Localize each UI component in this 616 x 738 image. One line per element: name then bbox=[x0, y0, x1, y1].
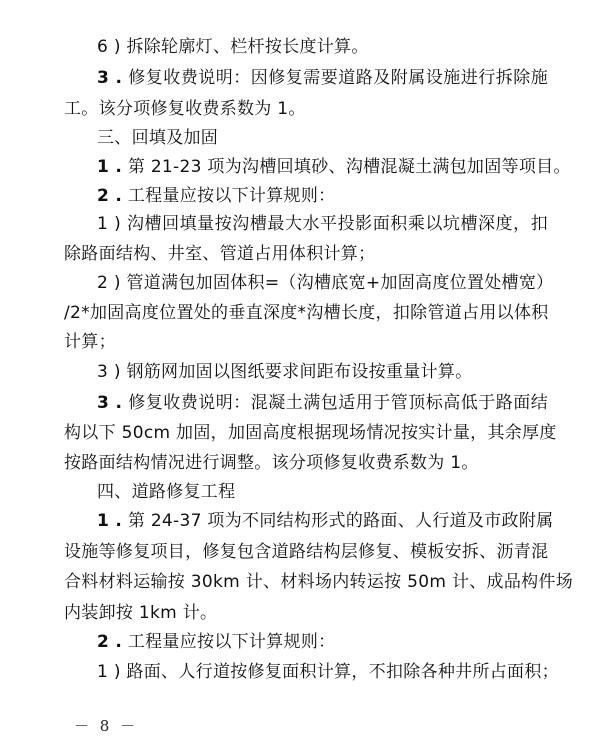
line-text: 内装卸按 1km 计。 bbox=[64, 603, 217, 623]
line-text: 1 ) 路面、人行道按修复面积计算，不扣除各种井所占面积； bbox=[97, 662, 559, 682]
paragraph-line: 设施等修复项目，修复包含道路结构层修复、模板安拆、沥青混 bbox=[64, 540, 548, 564]
line-text: 四、道路修复工程 bbox=[97, 482, 235, 502]
paragraph-line: 2 . 工程量应按以下计算规则： bbox=[97, 630, 548, 654]
line-text: 三、回填及加固 bbox=[97, 128, 218, 148]
paragraph-line: 构以下 50cm 加固，加固高度根据现场情况按实计量，其余厚度 bbox=[64, 421, 548, 445]
section-heading: 四、道路修复工程 bbox=[97, 480, 548, 504]
line-text: 工。该分项修复收费系数为 1。 bbox=[64, 99, 306, 119]
paragraph-line: 合料材料运输按 30km 计、材料场内转运按 50m 计、成品构件场 bbox=[64, 570, 548, 594]
paragraph-line: 按路面结构情况进行调整。该分项修复收费系数为 1。 bbox=[64, 451, 548, 475]
line-text: 工程量应按以下计算规则： bbox=[122, 632, 335, 652]
document-page: 6 ) 拆除轮廓灯、栏杆按长度计算。 3 . 修复收费说明：因修复需要道路及附属… bbox=[0, 0, 616, 738]
line-text: /2*加固高度位置处的垂直深度*沟槽长度，扣除管道占用以体积 bbox=[64, 303, 549, 323]
line-text: 除路面结构、井室、管道占用体积计算； bbox=[64, 244, 375, 264]
page-number: － 8 － bbox=[74, 716, 138, 736]
line-text: 工程量应按以下计算规则： bbox=[122, 186, 335, 206]
paragraph-line: 2 ) 管道满包加固体积=（沟槽底宽+加固高度位置处槽宽） bbox=[97, 271, 548, 295]
line-text: 第 21-23 项为沟槽回填砂、沟槽混凝土满包加固等项目。 bbox=[122, 157, 571, 177]
paragraph-line: 3 ) 钢筋网加固以图纸要求间距布设按重量计算。 bbox=[97, 360, 548, 384]
paragraph-line: 3 . 修复收费说明：混凝土满包适用于管顶标高低于路面结 bbox=[97, 391, 548, 415]
paragraph-line: 除路面结构、井室、管道占用体积计算； bbox=[64, 242, 548, 266]
paragraph-line: 6 ) 拆除轮廓灯、栏杆按长度计算。 bbox=[97, 35, 548, 59]
paragraph-line: 1 . 第 24-37 项为不同结构形式的路面、人行道及市政附属 bbox=[97, 509, 548, 533]
paragraph-line: 计算； bbox=[64, 330, 548, 354]
line-text: 第 24-37 项为不同结构形式的路面、人行道及市政附属 bbox=[122, 511, 553, 531]
paragraph-line: 3 . 修复收费说明：因修复需要道路及附属设施进行拆除施 bbox=[97, 66, 548, 90]
line-text: 计算； bbox=[64, 332, 116, 352]
paragraph-line: 内装卸按 1km 计。 bbox=[64, 601, 548, 625]
line-lead: 3 . bbox=[97, 393, 122, 413]
line-lead: 2 . bbox=[97, 632, 122, 652]
line-lead: 2 . bbox=[97, 186, 122, 206]
line-lead: 1 . bbox=[97, 511, 122, 531]
line-text: 3 ) 钢筋网加固以图纸要求间距布设按重量计算。 bbox=[97, 362, 472, 382]
line-lead: 3 . bbox=[97, 68, 122, 88]
line-text: 按路面结构情况进行调整。该分项修复收费系数为 1。 bbox=[64, 453, 479, 473]
paragraph-line: 工。该分项修复收费系数为 1。 bbox=[64, 97, 548, 121]
line-text: 修复收费说明：混凝土满包适用于管顶标高低于路面结 bbox=[122, 393, 548, 413]
line-lead: 1 . bbox=[97, 157, 122, 177]
paragraph-line: 2 . 工程量应按以下计算规则： bbox=[97, 184, 548, 208]
line-text: 设施等修复项目，修复包含道路结构层修复、模板安拆、沥青混 bbox=[64, 542, 548, 562]
line-text: 修复收费说明：因修复需要道路及附属设施进行拆除施 bbox=[122, 68, 548, 88]
line-text: 构以下 50cm 加固，加固高度根据现场情况按实计量，其余厚度 bbox=[64, 423, 557, 443]
paragraph-line: 1 ) 沟槽回填量按沟槽最大水平投影面积乘以坑槽深度，扣 bbox=[97, 212, 548, 236]
paragraph-line: /2*加固高度位置处的垂直深度*沟槽长度，扣除管道占用以体积 bbox=[64, 301, 548, 325]
paragraph-line: 1 ) 路面、人行道按修复面积计算，不扣除各种井所占面积； bbox=[97, 660, 548, 684]
line-text: 合料材料运输按 30km 计、材料场内转运按 50m 计、成品构件场 bbox=[64, 572, 573, 592]
line-text: 1 ) 沟槽回填量按沟槽最大水平投影面积乘以坑槽深度，扣 bbox=[97, 214, 548, 234]
section-heading: 三、回填及加固 bbox=[97, 126, 548, 150]
paragraph-line: 1 . 第 21-23 项为沟槽回填砂、沟槽混凝土满包加固等项目。 bbox=[97, 155, 548, 179]
line-text: 6 ) 拆除轮廓灯、栏杆按长度计算。 bbox=[97, 37, 369, 57]
line-text: 2 ) 管道满包加固体积=（沟槽底宽+加固高度位置处槽宽） bbox=[97, 273, 553, 293]
